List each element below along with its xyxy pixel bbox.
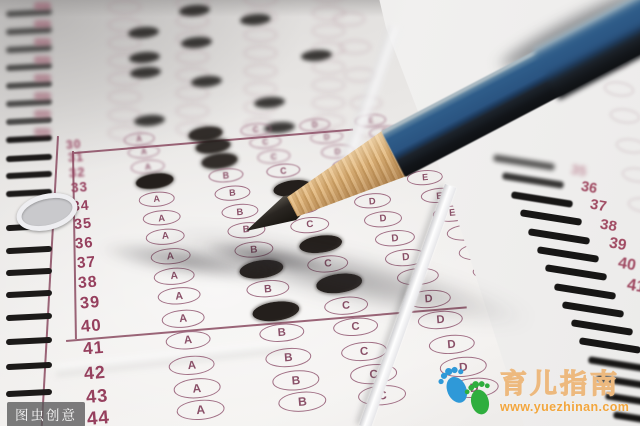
bubble-35-A: A — [142, 209, 181, 227]
bubble-43-B: B — [271, 368, 320, 391]
timing-mark — [6, 313, 52, 321]
column-separator-line — [41, 136, 59, 426]
bubble-43-A: A — [172, 376, 221, 399]
blurred-row-number — [34, 128, 51, 136]
blurred-bubble — [312, 96, 345, 110]
blurred-bubble — [244, 64, 277, 78]
bubble-44-A: A — [176, 398, 226, 422]
row-number-40: 40 — [80, 315, 102, 337]
green-foot — [463, 378, 496, 416]
blurred-row-number — [34, 74, 51, 82]
second-sheet-row-number-35: 35 — [570, 161, 588, 179]
row-number-42: 42 — [83, 362, 106, 385]
bubble-37-D: D — [374, 229, 415, 249]
answer-sheet-photo: 30ACDE31ACDE32ACDE33BCDE34ABDE35ABCDE36A… — [0, 0, 640, 426]
row-number-37: 37 — [76, 253, 97, 272]
row-number-41: 41 — [82, 337, 105, 360]
blurred-bubble — [244, 46, 277, 60]
blurred-bubble — [333, 12, 365, 26]
bubble-39-A: A — [157, 286, 201, 307]
second-sheet-row-number-37: 37 — [589, 197, 608, 216]
bubble-34-A: A — [138, 190, 175, 208]
timing-mark — [6, 389, 52, 397]
row-number-35: 35 — [73, 216, 92, 233]
blurred-row-number — [34, 56, 51, 64]
blurred-bubble — [176, 86, 209, 100]
blurred-row-number — [34, 20, 51, 28]
row-number-32: 32 — [68, 164, 86, 180]
second-sheet-row-number-38: 38 — [599, 216, 619, 236]
row-number-38: 38 — [77, 273, 98, 293]
blurred-bubble — [108, 0, 141, 14]
blurred-bubble — [108, 90, 141, 104]
timing-mark — [6, 268, 52, 276]
blue-foot — [436, 363, 475, 408]
logo-site-url: www.yuezhinan.com — [500, 400, 629, 414]
blurred-bubble — [244, 0, 277, 6]
blurred-filled-mark — [254, 96, 286, 110]
blurred-row-number — [34, 2, 51, 10]
blurred-bubble — [176, 104, 209, 118]
second-sheet-row-number-40: 40 — [617, 255, 638, 276]
bubble-32-C: C — [256, 148, 291, 165]
blurred-filled-mark — [130, 66, 162, 80]
bubble-41-B: B — [258, 322, 304, 344]
logo-brand-text: 育儿指南 — [500, 362, 620, 401]
bubble-34-B: B — [214, 184, 251, 202]
row-number-39: 39 — [79, 293, 101, 314]
bubble-44-B: B — [277, 390, 327, 414]
second-sheet-row-number-36: 36 — [580, 179, 599, 198]
blurred-row-number — [34, 92, 51, 100]
timing-mark — [6, 171, 52, 179]
row-number-33: 33 — [70, 179, 88, 195]
blurred-bubble — [244, 28, 277, 42]
blurred-row-number — [34, 110, 51, 118]
second-sheet-row-number-39: 39 — [608, 235, 628, 256]
blurred-bubble — [244, 82, 277, 96]
row-number-36: 36 — [74, 234, 94, 252]
bubble-33-B: B — [207, 167, 243, 184]
bubble-40-A: A — [161, 308, 206, 329]
row-number-44: 44 — [86, 406, 111, 426]
site-logo: 育儿指南 www.yuezhinan.com — [436, 350, 640, 422]
second-sheet-row-number-41: 41 — [625, 276, 640, 298]
baby-feet-icon — [436, 350, 498, 416]
blurred-row-number — [34, 38, 51, 46]
blurred-filled-mark — [129, 51, 161, 65]
timing-mark — [6, 246, 52, 254]
bubble-41-C: C — [332, 316, 378, 338]
blurred-bubble — [312, 0, 345, 2]
blurred-bubble — [312, 24, 345, 38]
timing-mark — [6, 290, 52, 298]
row-number-43: 43 — [85, 384, 109, 408]
watermark: 图虫创意 — [7, 402, 85, 426]
bubble-35-D: D — [352, 192, 391, 210]
timing-mark — [6, 154, 52, 162]
bubble-35-B: B — [220, 202, 259, 220]
bubble-33-C: C — [265, 162, 301, 179]
bubble-36-D: D — [363, 210, 403, 229]
blurred-bubble — [312, 78, 345, 92]
blurred-bubble — [176, 50, 209, 64]
bubble-33-A — [134, 171, 173, 191]
blurred-bubble — [312, 60, 345, 74]
blurred-bubble — [339, 40, 371, 54]
row-number-31: 31 — [67, 150, 84, 165]
